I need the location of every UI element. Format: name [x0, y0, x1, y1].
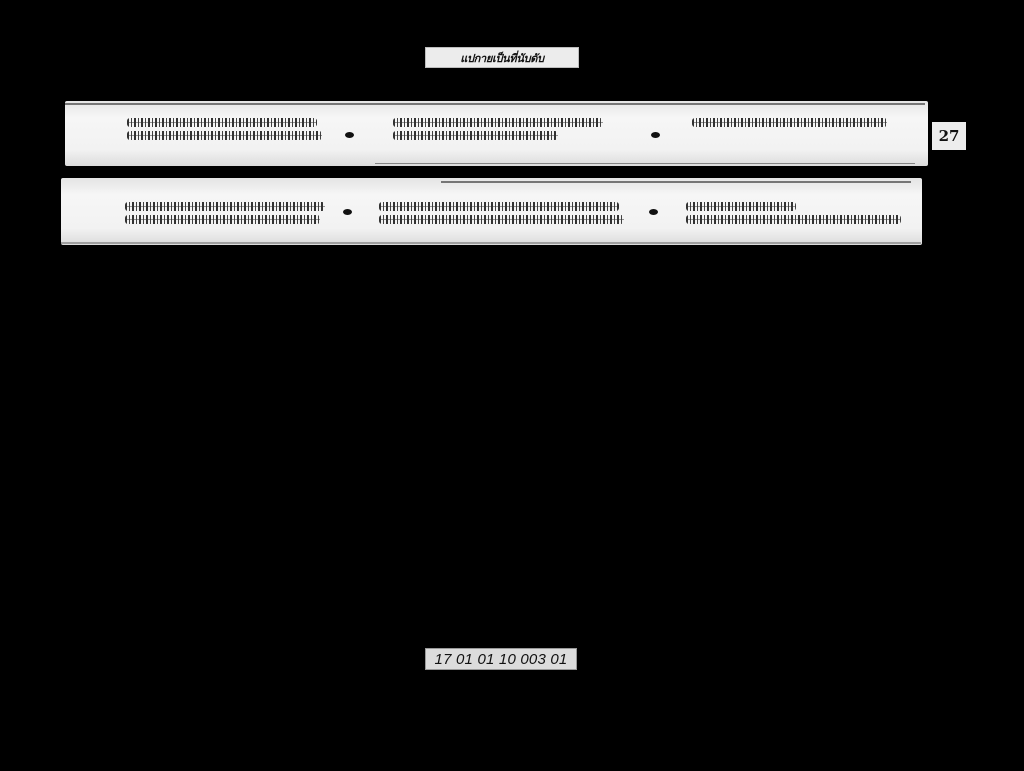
script-line	[127, 118, 317, 127]
page-number: 27	[932, 122, 966, 150]
script-line	[125, 215, 320, 224]
text-column-2	[379, 202, 624, 228]
script-line	[686, 202, 796, 211]
text-column-3	[686, 202, 911, 228]
string-hole	[649, 209, 658, 215]
script-line	[379, 215, 624, 224]
palm-leaf-top	[65, 101, 928, 166]
script-line	[393, 131, 558, 140]
string-hole	[343, 209, 352, 215]
palm-leaf-bottom	[61, 178, 922, 245]
text-column-1	[125, 202, 325, 228]
leaf-edge-line	[65, 103, 925, 105]
header-label: แปกายเป็นที่นับดับ	[425, 47, 579, 68]
script-line	[686, 215, 901, 224]
text-column-2	[393, 118, 608, 144]
script-line	[692, 118, 887, 127]
catalog-code-label: 17 01 01 10 003 01	[425, 648, 577, 670]
script-line	[393, 118, 603, 127]
leaf-edge-line	[375, 163, 915, 164]
text-column-3	[692, 118, 892, 131]
string-hole	[651, 132, 660, 138]
script-line	[379, 202, 619, 211]
leaf-edge-line	[61, 242, 921, 244]
string-hole	[345, 132, 354, 138]
script-line	[125, 202, 325, 211]
text-column-1	[127, 118, 322, 144]
leaf-edge-line	[441, 181, 911, 183]
script-line	[127, 131, 322, 140]
